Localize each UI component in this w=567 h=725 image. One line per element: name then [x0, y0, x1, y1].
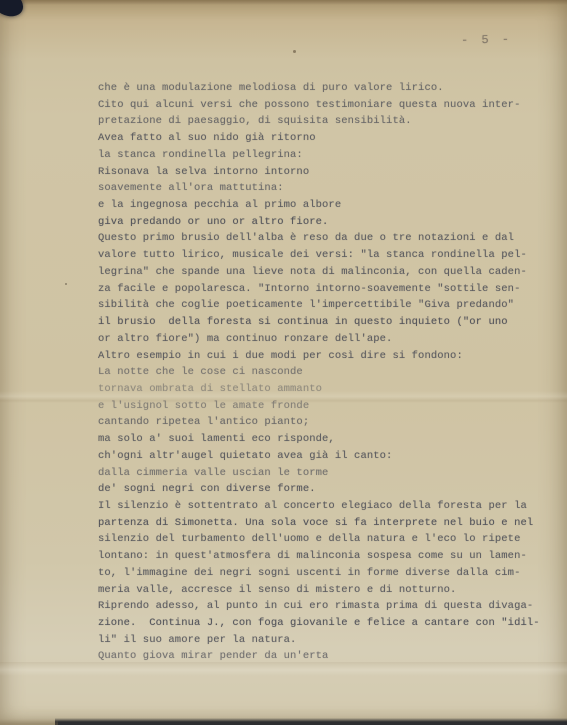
scan-edge-corner [0, 719, 58, 725]
text-line: legrina" che spande una lieve nota di ma… [98, 264, 543, 281]
text-line: valore tutto lirico, musicale dei versi:… [98, 247, 543, 264]
page-number: - 5 - [461, 32, 512, 47]
text-line: Quanto giova mirar pender da un'erta [98, 648, 543, 665]
text-line: dalla cimmeria valle uscian le torme [98, 465, 543, 482]
document-page: - 5 - che è una modulazione melodiosa di… [0, 0, 567, 725]
paper-speck [65, 283, 67, 285]
text-line: meria valle, accresce il senso di mister… [98, 582, 543, 599]
text-line: to, l'immagine dei negri sogni uscenti i… [98, 565, 543, 582]
text-line: giva predando or uno or altro fiore. [98, 214, 543, 231]
text-line: Avea fatto al suo nido già ritorno [98, 130, 543, 147]
text-line: Cito qui alcuni versi che possono testim… [98, 97, 543, 114]
text-line: tornava ombrata di stellato ammanto [98, 381, 543, 398]
text-line: Altro esempio in cui i due modi per così… [98, 348, 543, 365]
text-line: e la ingegnosa pecchia al primo albore [98, 197, 543, 214]
text-line: Riprendo adesso, al punto in cui ero rim… [98, 598, 543, 615]
text-line: e l'usignol sotto le amate fronde [98, 398, 543, 415]
text-line: La notte che le cose ci nasconde [98, 364, 543, 381]
text-line: il brusio della foresta si continua in q… [98, 314, 543, 331]
text-line: za facile e popolaresca. "Intorno intorn… [98, 281, 543, 298]
text-line: cantando ripetea l'antico pianto; [98, 414, 543, 431]
text-line: soavemente all'ora mattutina: [98, 180, 543, 197]
text-line: li" il suo amore per la natura. [98, 632, 543, 649]
text-line: Il silenzio è sottentrato al concerto el… [98, 498, 543, 515]
paper-speck [293, 50, 296, 53]
text-line: zione. Continua J., con foga giovanile e… [98, 615, 543, 632]
text-line: che è una modulazione melodiosa di puro … [98, 80, 543, 97]
text-line: la stanca rondinella pellegrina: [98, 147, 543, 164]
typewritten-text: che è una modulazione melodiosa di puro … [98, 80, 543, 665]
text-line: de' sogni negri con diverse forme. [98, 481, 543, 498]
scan-edge-shadow [55, 718, 567, 725]
text-line: Questo primo brusio dell'alba è reso da … [98, 230, 543, 247]
text-line: sibilità che coglie poeticamente l'imper… [98, 297, 543, 314]
text-line: lontano: in quest'atmosfera di malinconi… [98, 548, 543, 565]
text-line: partenza di Simonetta. Una sola voce si … [98, 515, 543, 532]
text-line: silenzio del turbamento dell'uomo e dell… [98, 531, 543, 548]
torn-corner-mark [0, 0, 28, 22]
text-line: Risonava la selva intorno intorno [98, 164, 543, 181]
text-line: ch'ogni altr'augel quietato avea già il … [98, 448, 543, 465]
text-line: or altro fiore") ma continuo ronzare del… [98, 331, 543, 348]
text-line: ma solo a' suoi lamenti eco risponde, [98, 431, 543, 448]
text-line: pretazione di paesaggio, di squisita sen… [98, 113, 543, 130]
